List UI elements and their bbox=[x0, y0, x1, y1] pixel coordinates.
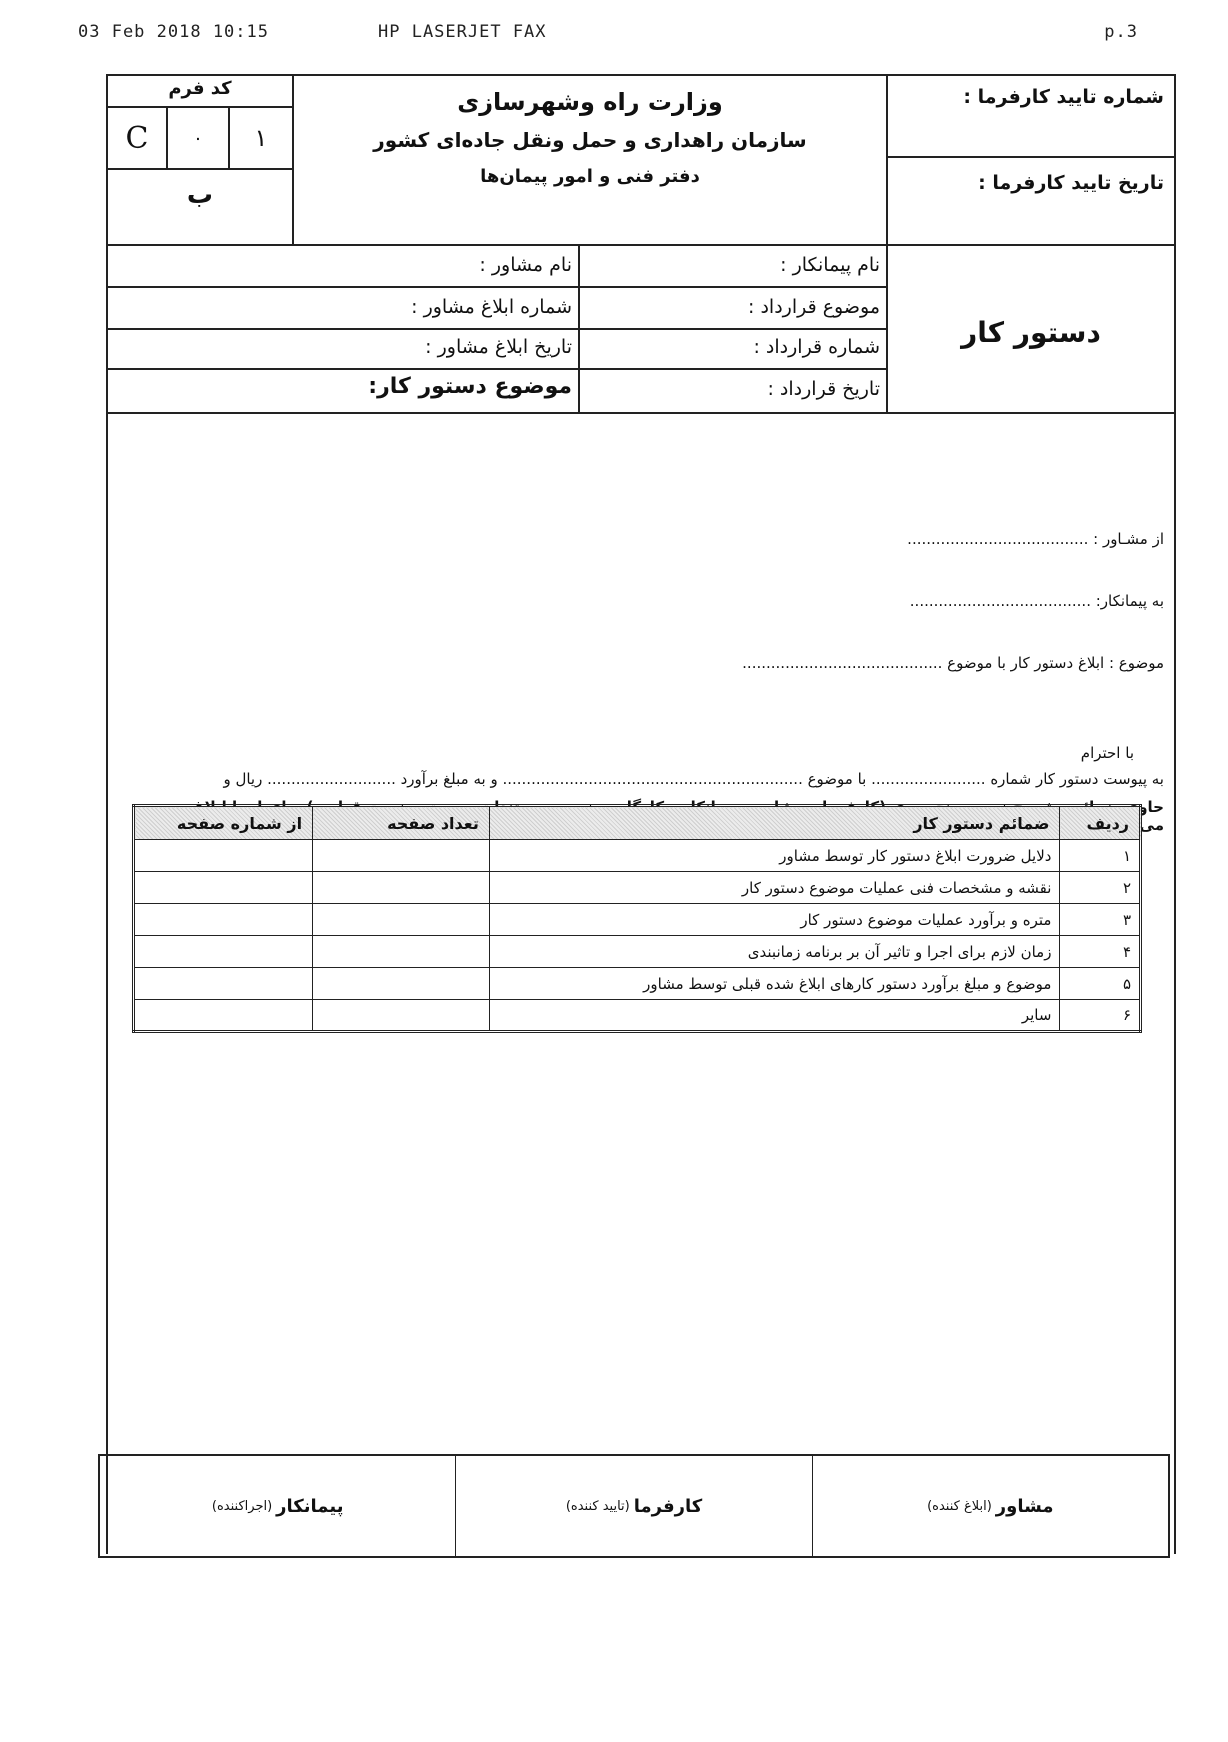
work-order-title: دستور کار bbox=[888, 316, 1174, 349]
table-row: ۴ زمان لازم برای اجرا و تاثیر آن بر برنا… bbox=[134, 936, 1141, 968]
row-from-page[interactable] bbox=[134, 968, 313, 1000]
signature-block: مشاور (ابلاغ کننده) کارفرما (تایید کننده… bbox=[98, 1454, 1170, 1558]
letter-line-1: به پیوست دستور کار شماره ...............… bbox=[108, 770, 1164, 788]
row-index: ٢ bbox=[1060, 872, 1141, 904]
work-order-subject-field[interactable]: موضوع دستور کار: bbox=[108, 374, 572, 399]
row-from-page[interactable] bbox=[134, 840, 313, 872]
signature-role: کارفرما bbox=[634, 1496, 702, 1517]
contractor-name-field[interactable]: نام پیمانکار : bbox=[580, 254, 880, 276]
employer-approval-date-field[interactable]: تاریخ تایید کارفرما : bbox=[888, 172, 1164, 194]
consultant-notice-date-field[interactable]: تاریخ ابلاغ مشاور : bbox=[108, 336, 572, 358]
letter-greeting: با احترام bbox=[708, 744, 1134, 762]
row-item: دلایل ضرورت ابلاغ دستور کار توسط مشاور bbox=[489, 840, 1060, 872]
form-code-cell-2: ٠ bbox=[168, 108, 228, 168]
letter-from: از مشـاور : ............................… bbox=[708, 530, 1164, 548]
contract-subject-field[interactable]: موضوع قرارداد : bbox=[580, 296, 880, 318]
table-row: ۶ سایر bbox=[134, 1000, 1141, 1032]
col-header-item: ضمائم دستور کار bbox=[489, 806, 1060, 840]
row-from-page[interactable] bbox=[134, 872, 313, 904]
contract-date-field[interactable]: تاریخ قرارداد : bbox=[580, 378, 880, 400]
row-index: ۴ bbox=[1060, 936, 1141, 968]
table-row: ٣ متره و برآورد عملیات موضوع دستور کار bbox=[134, 904, 1141, 936]
organization-title: سازمان راهداری و حمل ونقل جاده‌ای کشور bbox=[294, 128, 886, 152]
letter-to: به پیمانکار: ...........................… bbox=[708, 592, 1164, 610]
form-code-cell-1: C bbox=[108, 108, 166, 168]
signature-note: (ابلاغ کننده) bbox=[927, 1499, 992, 1514]
row-item: موضوع و مبلغ برآورد دستور کارهای ابلاغ ش… bbox=[489, 968, 1060, 1000]
row-pages[interactable] bbox=[313, 1000, 490, 1032]
work-order-form: کد فرم C ٠ ١ ب وزارت راه وشهرسازی سازمان… bbox=[106, 74, 1176, 1554]
row-pages[interactable] bbox=[313, 936, 490, 968]
signature-note: (تایید کننده) bbox=[566, 1499, 630, 1514]
row-from-page[interactable] bbox=[134, 904, 313, 936]
row-from-page[interactable] bbox=[134, 936, 313, 968]
fax-timestamp: 03 Feb 2018 10:15 bbox=[78, 22, 269, 42]
row-pages[interactable] bbox=[313, 904, 490, 936]
signature-role: پیمانکار bbox=[276, 1496, 343, 1517]
signature-consultant[interactable]: مشاور (ابلاغ کننده) bbox=[812, 1456, 1168, 1556]
row-index: ۶ bbox=[1060, 1000, 1141, 1032]
row-item: متره و برآورد عملیات موضوع دستور کار bbox=[489, 904, 1060, 936]
fax-device: HP LASERJET FAX bbox=[378, 22, 547, 42]
row-pages[interactable] bbox=[313, 840, 490, 872]
ministry-title: وزارت راه وشهرسازی bbox=[294, 88, 886, 116]
col-header-from-page: از شماره صفحه bbox=[134, 806, 313, 840]
row-pages[interactable] bbox=[313, 872, 490, 904]
letter-subject: موضوع : ابلاغ دستور کار با موضوع .......… bbox=[508, 654, 1164, 672]
signature-role: مشاور bbox=[996, 1496, 1054, 1517]
row-from-page[interactable] bbox=[134, 1000, 313, 1032]
table-row: ٢ نقشه و مشخصات فنی عملیات موضوع دستور ک… bbox=[134, 872, 1141, 904]
form-code-cell-3: ١ bbox=[230, 108, 292, 168]
consultant-name-field[interactable]: نام مشاور : bbox=[108, 254, 572, 276]
attachments-table: ردیف ضمائم دستور کار تعداد صفحه از شماره… bbox=[132, 804, 1142, 1033]
table-row: ۵ موضوع و مبلغ برآورد دستور کارهای ابلاغ… bbox=[134, 968, 1141, 1000]
row-index: ۵ bbox=[1060, 968, 1141, 1000]
contract-number-field[interactable]: شماره قرارداد : bbox=[580, 336, 880, 358]
form-code-label: کد فرم bbox=[108, 78, 292, 99]
employer-approval-number-field[interactable]: شماره تایید کارفرما : bbox=[888, 86, 1164, 108]
col-header-pages: تعداد صفحه bbox=[313, 806, 490, 840]
fax-page-number: p.3 bbox=[1104, 22, 1138, 42]
row-pages[interactable] bbox=[313, 968, 490, 1000]
signature-employer[interactable]: کارفرما (تایید کننده) bbox=[455, 1456, 811, 1556]
table-row: ١ دلایل ضرورت ابلاغ دستور کار توسط مشاور bbox=[134, 840, 1141, 872]
col-header-index: ردیف bbox=[1060, 806, 1141, 840]
office-title: دفتر فنی و امور پیمان‌ها bbox=[294, 166, 886, 187]
row-index: ١ bbox=[1060, 840, 1141, 872]
row-index: ٣ bbox=[1060, 904, 1141, 936]
consultant-notice-number-field[interactable]: شماره ابلاغ مشاور : bbox=[108, 296, 572, 318]
form-code-suffix: ب bbox=[108, 180, 292, 210]
row-item: نقشه و مشخصات فنی عملیات موضوع دستور کار bbox=[489, 872, 1060, 904]
signature-note: (اجراکننده) bbox=[212, 1499, 272, 1514]
row-item: زمان لازم برای اجرا و تاثیر آن بر برنامه… bbox=[489, 936, 1060, 968]
row-item: سایر bbox=[489, 1000, 1060, 1032]
signature-contractor[interactable]: پیمانکار (اجراکننده) bbox=[100, 1456, 455, 1556]
